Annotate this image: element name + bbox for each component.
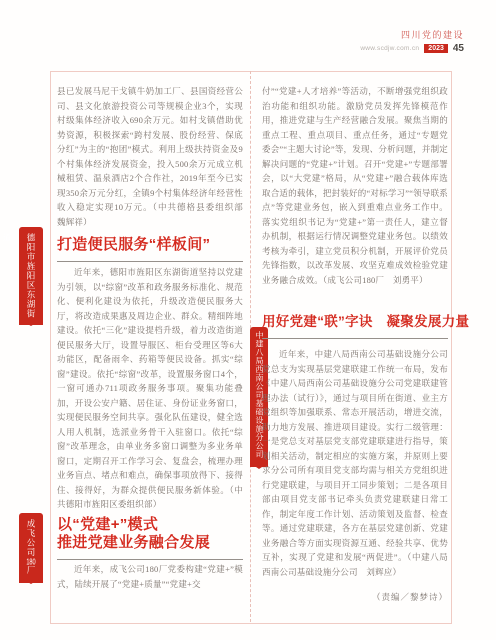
article-body-donghu: 近年来，德阳市旌阳区东湖街道坚持以党建为引领，以“综窗”改革和政务服务标准化、规… xyxy=(57,265,243,512)
year-badge: 2023 xyxy=(424,44,448,53)
article-tab-donghu: 德阳市旌阳区东湖街道 xyxy=(19,227,43,325)
article-title-text: 打造便民服务“样板间” xyxy=(57,236,243,254)
editor-credit: （责编／黎梦诗） xyxy=(262,590,448,605)
ribbon-tail-icon xyxy=(19,577,43,584)
article-title-zhongjian: 用好党建“联”字诀 凝聚发展力量 xyxy=(262,313,448,339)
tab-text: 厂 xyxy=(26,566,36,576)
ribbon-tail-icon xyxy=(19,319,43,326)
tab-text: 成飞公司 xyxy=(26,519,36,557)
magazine-title: 四川党的建设 xyxy=(360,28,464,41)
article-title-chengfei: 以“党建+”模式 推进党建业务融合发展 xyxy=(57,516,243,560)
page-number: 45 xyxy=(453,43,464,54)
article-body-chengfei-continued: 付”“党建+人才培养”等活动，不断增强党组织政治功能和组织功能。激励党员发挥先锋… xyxy=(262,84,448,287)
magazine-page: 四川党的建设 www.scdjw.com.cn 2023 45 县已发展马尼干戈… xyxy=(0,0,496,640)
masthead-info-row: www.scdjw.com.cn 2023 45 xyxy=(360,43,464,54)
article-title-line2: 推进党建业务融合发展 xyxy=(57,534,243,552)
article-body-zhongjian: 近年来，中建八局西南公司基础设施分公司党总支为实现基层党建联建工作统一布局，发布… xyxy=(262,347,448,579)
magazine-website: www.scdjw.com.cn xyxy=(360,45,419,52)
masthead: 四川党的建设 www.scdjw.com.cn 2023 45 xyxy=(360,28,464,54)
article-title-line1: 以“党建+”模式 xyxy=(57,516,243,534)
article-title-donghu: 打造便民服务“样板间” xyxy=(57,236,243,262)
article-body-dege: 县已发展马尼干戈镇牛奶加工厂、县国资经营公司、县文化旅游投资公司等规模企业3个，… xyxy=(57,84,243,229)
article-title-text: 用好党建“联”字诀 凝聚发展力量 xyxy=(262,313,448,331)
article-tab-chengfei: 成飞公司180厂 xyxy=(19,513,43,583)
article-body-chengfei-start: 近年来，成飞公司180厂党委构建“党建+”模式，陆续开展了“党建+质量”“党建+… xyxy=(57,562,243,591)
tab-digits: 180 xyxy=(26,557,36,566)
